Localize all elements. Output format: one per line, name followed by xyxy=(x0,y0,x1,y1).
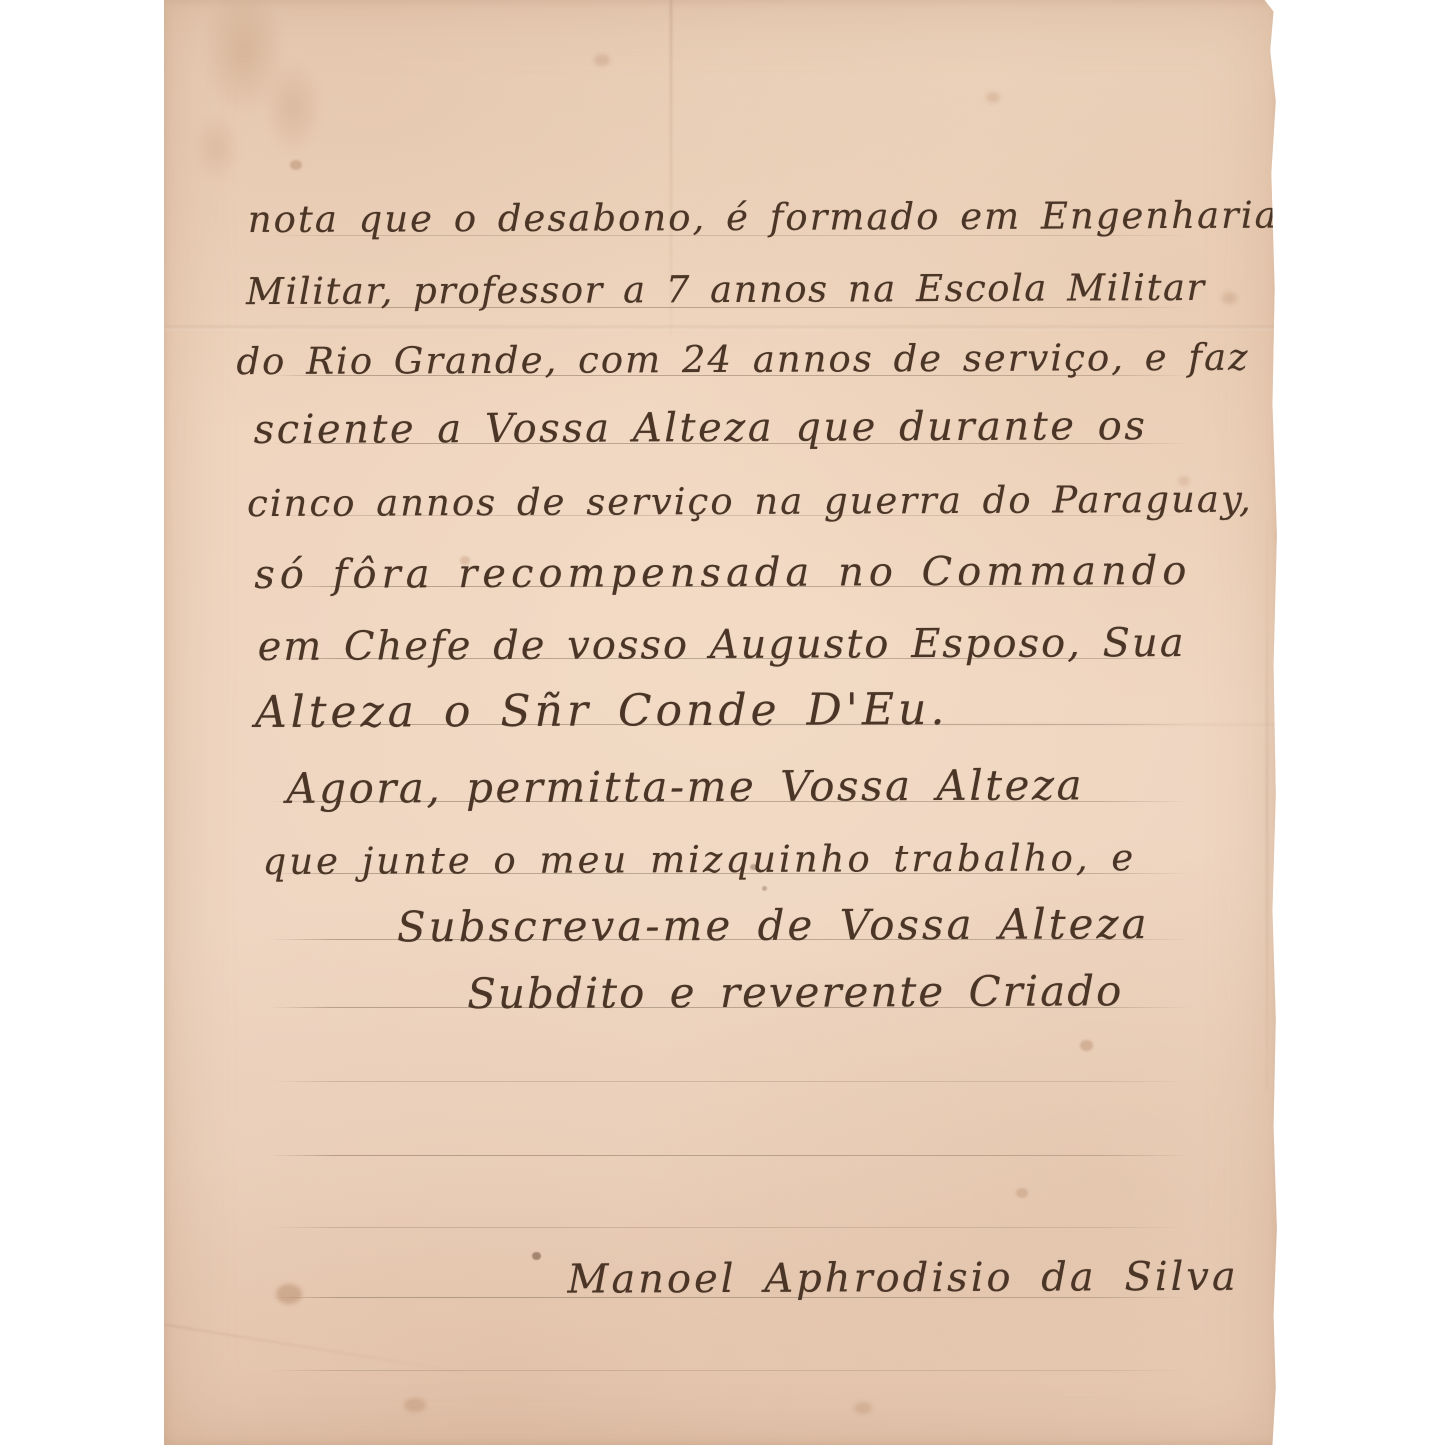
signature: Manoel Aphrodisio da Silva xyxy=(567,1254,1239,1303)
handwritten-line: cinco annos de serviço na guerra do Para… xyxy=(247,478,1253,525)
handwritten-line: Agora, permitta-me Vossa Alteza xyxy=(286,760,1084,812)
handwritten-line: do Rio Grande, com 24 annos de serviço, … xyxy=(236,336,1249,383)
handwriting-layer: nota que o desabono, é formado em Engenh… xyxy=(161,0,1281,1445)
handwritten-line: que junte o meu mizquinho trabalho, e xyxy=(263,836,1137,883)
handwritten-line: Subscreva-me de Vossa Alteza xyxy=(397,899,1150,951)
handwritten-line: Militar, professor a 7 annos na Escola M… xyxy=(246,266,1206,313)
letter-page: nota que o desabono, é formado em Engenh… xyxy=(164,0,1278,1445)
handwritten-line: em Chefe de vosso Augusto Esposo, Sua xyxy=(258,620,1186,670)
handwritten-line: nota que o desabono, é formado em Engenh… xyxy=(248,194,1279,241)
handwritten-line: sciente a Vossa Alteza que durante os xyxy=(254,403,1148,453)
handwritten-line: Alteza o Sñr Conde D'Eu. xyxy=(255,684,949,738)
handwritten-line: Subdito e reverente Criado xyxy=(467,966,1123,1018)
handwritten-line: só fôra recompensada no Commando xyxy=(254,548,1191,598)
scan-background: nota que o desabono, é formado em Engenh… xyxy=(0,0,1445,1445)
